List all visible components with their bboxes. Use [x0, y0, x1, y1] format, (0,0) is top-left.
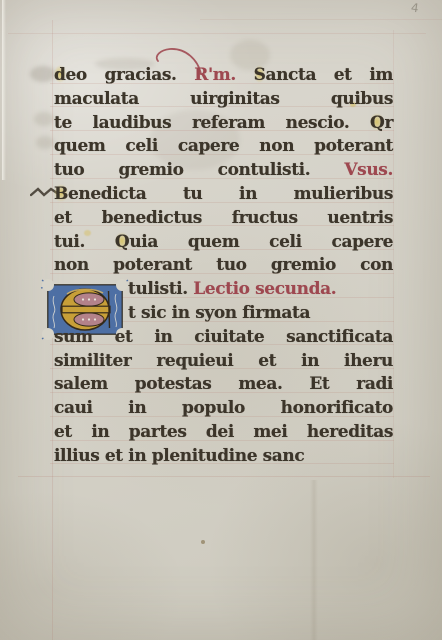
text-segment: eo gracias. — [66, 65, 195, 85]
text-segment: Q — [370, 113, 384, 133]
text-line-8: tui. Quia quem celi capere — [54, 231, 393, 255]
manuscript-leaf-page: 4 deo gracias. R'm. Sancta et immaculata… — [0, 0, 442, 640]
text-segment: d — [54, 65, 66, 85]
text-segment: similiter requieui et in iheru — [54, 351, 393, 371]
text-line-17: illius et in plenitudine sanc — [54, 445, 393, 469]
text-segment: et benedictus fructus uentris — [54, 208, 393, 228]
text-segment: non poterant tuo gremio con — [54, 255, 393, 275]
text-segment: Q — [115, 232, 129, 252]
top-margin-rule — [8, 33, 426, 34]
text-line-2: maculata uirginitas quibus — [54, 88, 393, 112]
text-line-11: t sic in syon firmata — [54, 302, 393, 326]
rubric-segment: Lectio secunda. — [193, 279, 336, 299]
text-segment: te laudibus referam nescio. — [54, 113, 370, 133]
text-segment: uia quem celi capere — [129, 232, 393, 252]
folio-pencil-mark: 4 — [410, 1, 420, 16]
text-line-3: te laudibus referam nescio. Qr — [54, 112, 393, 136]
rubric-segment: Vsus. — [344, 160, 393, 180]
text-segment: sum et in ciuitate sanctificata — [54, 327, 393, 347]
text-segment: tuo gremio contulisti. — [54, 160, 344, 180]
text-segment: B — [54, 184, 68, 204]
show-through-smudge — [30, 66, 56, 82]
text-block: deo gracias. R'm. Sancta et immaculata u… — [54, 64, 393, 469]
text-line-13: similiter requieui et in iheru — [54, 350, 393, 374]
text-segment — [236, 65, 254, 85]
text-line-5: tuo gremio contulisti. Vsus. — [54, 159, 393, 183]
text-line-1: deo gracias. R'm. Sancta et im — [54, 64, 393, 88]
show-through-smudge — [36, 136, 54, 149]
leaf-edge-highlight — [2, 0, 6, 180]
text-segment: ancta et im — [265, 65, 393, 85]
text-segment: illius et in plenitudine sanc — [54, 446, 304, 466]
text-segment: caui in populo honorificato — [54, 398, 393, 418]
text-line-15: caui in populo honorificato — [54, 397, 393, 421]
right-margin-rule — [393, 30, 394, 478]
ink-speck — [201, 540, 205, 544]
rubric-segment: R'm. — [194, 65, 236, 85]
text-line-7: et benedictus fructus uentris — [54, 207, 393, 231]
text-segment: tui. — [54, 232, 115, 252]
text-line-9: non poterant tuo gremio con — [54, 254, 393, 278]
parchment-crease — [310, 480, 318, 640]
text-segment: quem celi capere non poterant — [54, 136, 393, 156]
text-line-10: tulisti. Lectio secunda. — [54, 278, 393, 302]
text-segment: et in partes dei mei hereditas — [54, 422, 393, 442]
text-line-14: salem potestas mea. Et radi — [54, 373, 393, 397]
text-line-16: et in partes dei mei hereditas — [54, 421, 393, 445]
text-segment: tulisti. — [128, 279, 193, 299]
text-segment: enedicta tu in mulieribus — [68, 184, 393, 204]
text-segment: r — [384, 113, 393, 133]
text-line-6: Benedicta tu in mulieribus — [54, 183, 393, 207]
top-margin-rule — [200, 19, 442, 20]
text-line-12: sum et in ciuitate sanctificata — [54, 326, 393, 350]
bottom-margin-rule — [18, 476, 430, 477]
text-line-4: quem celi capere non poterant — [54, 135, 393, 159]
show-through-smudge — [34, 112, 54, 126]
text-segment: t sic in syon firmata — [128, 303, 310, 323]
text-segment: S — [254, 65, 266, 85]
text-segment: maculata uirginitas quibus — [54, 89, 393, 109]
text-segment: salem potestas mea. Et radi — [54, 374, 393, 394]
